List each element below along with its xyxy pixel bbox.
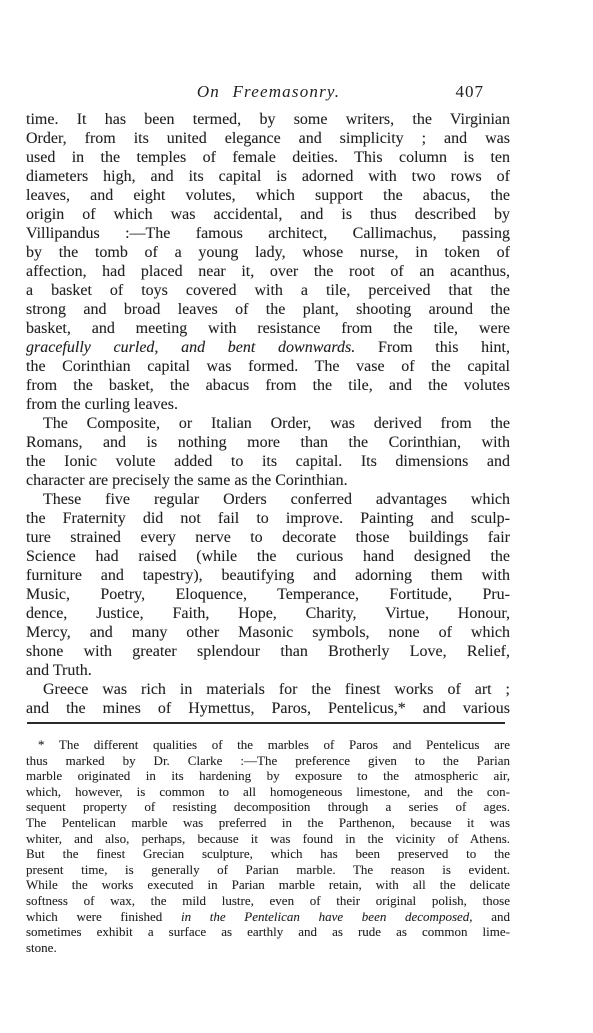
- text-segment: and: [473, 909, 510, 924]
- text-line: While the works executed in Parian marbl…: [26, 877, 510, 893]
- page-number: 407: [456, 82, 485, 102]
- text-line: which, however, is common to all homogen…: [26, 784, 510, 800]
- text-line: The Composite, or Italian Order, was der…: [26, 414, 510, 433]
- text-line: softness of wax, the mild lustre, even o…: [26, 893, 510, 909]
- text-line: the Ionic volute added to its capital. I…: [26, 452, 510, 471]
- text-line: Mercy, and many other Masonic symbols, n…: [26, 623, 510, 642]
- text-line: leaves, and eight volutes, which support…: [26, 186, 510, 205]
- footnote-separator-rule: [27, 722, 505, 724]
- text-line: sequent property of resisting decomposit…: [26, 799, 510, 815]
- text-line: strong and broad leaves of the plant, sh…: [26, 300, 510, 319]
- text-line: dence, Justice, Faith, Hope, Charity, Vi…: [26, 604, 510, 623]
- text-segment: which were finished: [26, 909, 181, 924]
- text-line: whiter, and also, perhaps, because it wa…: [26, 831, 510, 847]
- text-line: * The different qualities of the marbles…: [26, 737, 510, 753]
- text-line: gracefully curled, and bent downwards. F…: [26, 338, 510, 357]
- text-line: stone.: [26, 940, 510, 956]
- text-line: Villipandus :—The famous architect, Call…: [26, 224, 510, 243]
- text-line: Order, from its united elegance and simp…: [26, 129, 510, 148]
- text-line: from the curling leaves.: [26, 395, 510, 414]
- italic-text: gracefully curled, and bent downwards.: [26, 339, 355, 356]
- text-line: thus marked by Dr. Clarke :—The preferen…: [26, 753, 510, 769]
- italic-text: in the Pentelican have been decomposed,: [181, 909, 473, 924]
- text-line: basket, and meeting with resistance from…: [26, 319, 510, 338]
- text-line: The Pentelican marble was preferred in t…: [26, 815, 510, 831]
- text-line: diameters high, and its capital is adorn…: [26, 167, 510, 186]
- text-line: time. It has been termed, by some writer…: [26, 110, 510, 129]
- text-line: character are precisely the same as the …: [26, 471, 510, 490]
- text-line: by the tomb of a young lady, whose nurse…: [26, 243, 510, 262]
- text-line: and Truth.: [26, 661, 510, 680]
- text-line: Science had raised (while the curious ha…: [26, 547, 510, 566]
- book-page: On Freemasonry. 407 time. It has been te…: [0, 0, 593, 1033]
- text-line: used in the temples of female deities. T…: [26, 148, 510, 167]
- text-line: Greece was rich in materials for the fin…: [26, 680, 510, 699]
- footnote: * The different qualities of the marbles…: [26, 737, 510, 955]
- text-line: which were finished in the Pentelican ha…: [26, 909, 510, 925]
- text-line: origin of which was accidental, and is t…: [26, 205, 510, 224]
- text-line: the Corinthian capital was formed. The v…: [26, 357, 510, 376]
- text-line: from the basket, the abacus from the til…: [26, 376, 510, 395]
- text-line: ture strained every nerve to decorate th…: [26, 528, 510, 547]
- text-segment: From this hint,: [355, 339, 510, 356]
- text-line: affection, had placed near it, over the …: [26, 262, 510, 281]
- running-head: On Freemasonry. 407: [27, 82, 510, 102]
- text-line: These five regular Orders conferred adva…: [26, 490, 510, 509]
- text-line: But the finest Grecian sculpture, which …: [26, 846, 510, 862]
- text-line: sometimes exhibit a surface as earthly a…: [26, 924, 510, 940]
- text-line: furniture and tapestry), beautifying and…: [26, 566, 510, 585]
- text-line: Romans, and is nothing more than the Cor…: [26, 433, 510, 452]
- text-line: the Fraternity did not fail to improve. …: [26, 509, 510, 528]
- text-line: marble originated in its hardening by ex…: [26, 768, 510, 784]
- text-line: shone with greater splendour than Brothe…: [26, 642, 510, 661]
- text-line: Music, Poetry, Eloquence, Temperance, Fo…: [26, 585, 510, 604]
- body-text: time. It has been termed, by some writer…: [26, 110, 510, 718]
- running-head-title: On Freemasonry.: [27, 82, 510, 102]
- text-line: and the mines of Hymettus, Paros, Pentel…: [26, 699, 510, 718]
- text-line: a basket of toys covered with a tile, pe…: [26, 281, 510, 300]
- text-line: present time, is generally of Parian mar…: [26, 862, 510, 878]
